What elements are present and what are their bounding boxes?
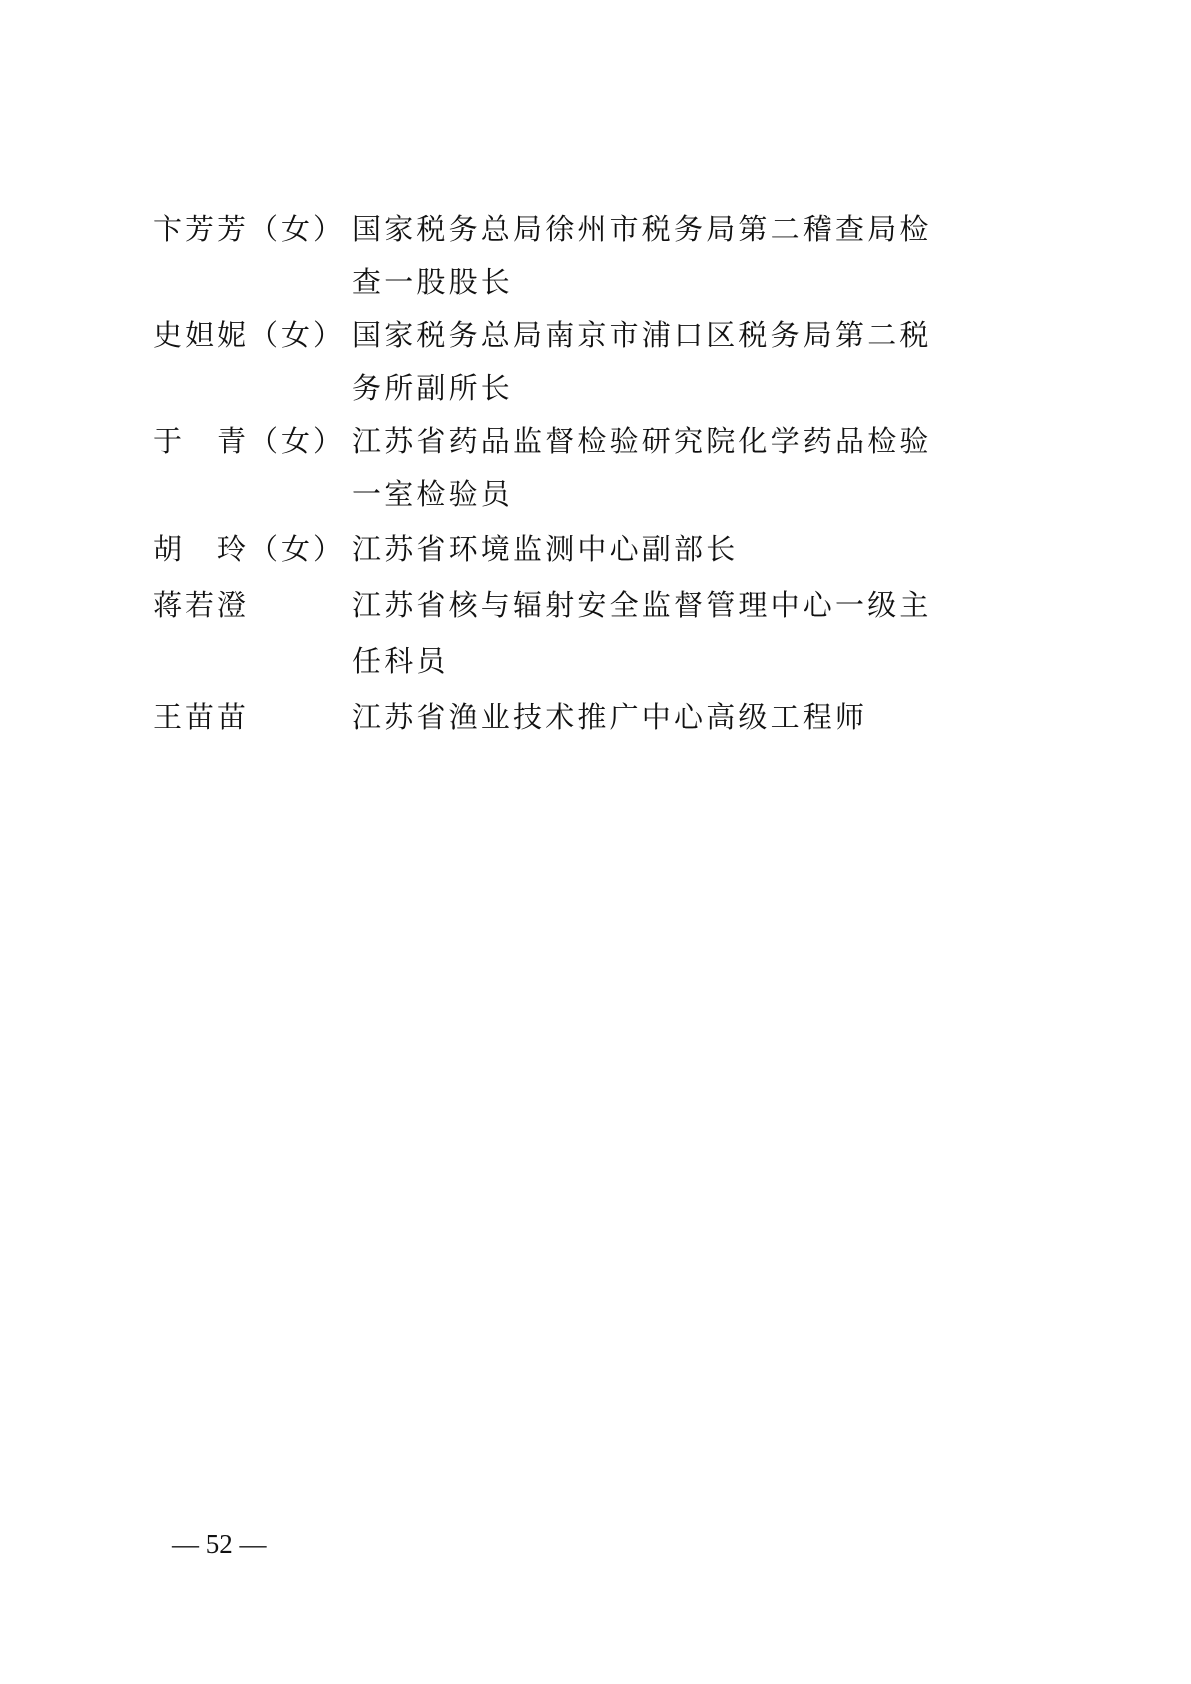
list-item: 于 青（女） 江苏省药品监督检验研究院化学药品检验一室检验员 [153, 415, 963, 521]
person-position: 国家税务总局徐州市税务局第二稽查局检查一股股长 [352, 203, 963, 309]
person-name: 蒋若澄 [153, 577, 352, 633]
person-position: 江苏省药品监督检验研究院化学药品检验一室检验员 [352, 415, 963, 521]
personnel-list: 卞芳芳（女） 国家税务总局徐州市税务局第二稽查局检查一股股长 史妲妮（女） 国家… [153, 203, 963, 745]
person-name: 胡 玲（女） [153, 521, 352, 577]
list-item: 卞芳芳（女） 国家税务总局徐州市税务局第二稽查局检查一股股长 [153, 203, 963, 309]
person-name: 史妲妮（女） [153, 309, 352, 362]
list-item: 胡 玲（女） 江苏省环境监测中心副部长 [153, 521, 963, 577]
person-position: 江苏省渔业技术推广中心高级工程师 [352, 689, 963, 745]
person-name: 王苗苗 [153, 689, 352, 745]
list-item: 蒋若澄 江苏省核与辐射安全监督管理中心一级主任科员 [153, 577, 963, 689]
person-position: 江苏省核与辐射安全监督管理中心一级主任科员 [352, 577, 963, 689]
person-name: 卞芳芳（女） [153, 203, 352, 256]
page-number: — 52 — [172, 1526, 267, 1562]
document-page: 卞芳芳（女） 国家税务总局徐州市税务局第二稽查局检查一股股长 史妲妮（女） 国家… [0, 0, 1191, 1684]
person-name: 于 青（女） [153, 415, 352, 468]
list-item: 王苗苗 江苏省渔业技术推广中心高级工程师 [153, 689, 963, 745]
list-item: 史妲妮（女） 国家税务总局南京市浦口区税务局第二税务所副所长 [153, 309, 963, 415]
person-position: 江苏省环境监测中心副部长 [352, 521, 963, 577]
person-position: 国家税务总局南京市浦口区税务局第二税务所副所长 [352, 309, 963, 415]
